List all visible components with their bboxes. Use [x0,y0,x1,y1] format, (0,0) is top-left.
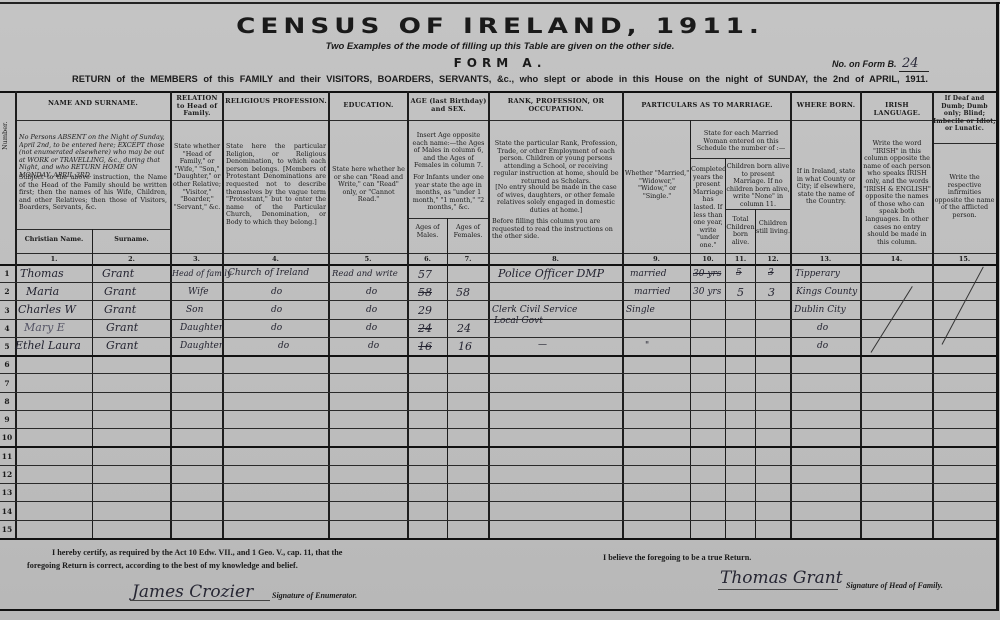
marriage-status-instruction: Whether "Married," "Widower," "Widow," o… [624,170,690,200]
education-cell: Read and write [332,269,398,279]
form-subtitle: Two Examples of the mode of filling up t… [0,41,1000,52]
census-form-sheet: CENSUS OF IRELAND, 1911. Two Examples of… [0,0,1000,620]
marriage-cell: married [630,269,666,279]
col-num-1: 1. [16,255,92,263]
religion-cell: do [278,341,289,351]
col-num-3: 3. [171,255,222,263]
years-married-cell: 30 yrs [693,287,721,297]
christian-name-header: Christian Name. [16,236,92,244]
marriage-cell: " [645,341,649,351]
row-number: 7 [1,379,13,388]
enumerator-signature: James Crozier [132,582,253,602]
row-rule [0,483,996,484]
col-divider [932,91,934,539]
head-certification: I believe the foregoing to be a true Ret… [603,551,751,564]
row-number: 13 [1,488,13,497]
relation-cell: Wife [188,287,209,297]
age-male-cell: 16 [418,340,432,353]
christian-name-cell: Thomas [20,267,64,280]
surname-cell: Grant [104,285,136,298]
enumerator-signature-label: Signature of Enumerator. [272,591,357,600]
married-woman-instruction: State for each Married Woman entered on … [692,130,790,153]
row-rule [0,410,996,411]
row-number: 10 [1,433,13,442]
religion-instruction: State here the particular Religion, or R… [226,143,326,227]
number-column-label: Number. [1,121,9,150]
row-number: 15 [1,525,13,534]
row-number: 5 [1,342,13,351]
relation-cell: Daughter [180,323,223,333]
name-instruction-order: Subject to the above instruction, the Na… [19,174,167,212]
years-married-cell: 30 yrs [693,269,721,279]
age-female-cell: 16 [458,340,472,353]
where-born-cell: do [817,341,828,351]
row-number: 9 [1,415,13,424]
row-rule [0,337,996,338]
age-male-cell: 29 [418,304,432,317]
christian-name-cell: Charles W [18,303,76,316]
christian-name-cell: Ethel Laura [15,339,81,352]
relation-instruction: State whether "Head of Family," or "Wife… [172,143,222,211]
row-number: 4 [1,324,13,333]
col-divider [222,91,224,539]
bottom-border [0,609,999,611]
infirmity-instruction: Write the respective infirmities opposit… [934,174,995,220]
religion-cell: do [271,305,282,315]
head-signature: Thomas Grant [720,568,843,588]
infirmity-header: If Deaf and Dumb; Dumb only; Blind; Imbe… [933,95,996,133]
age-male-cell: 24 [418,322,432,335]
irish-language-instruction: Write the word "IRISH" in this column op… [863,140,931,246]
education-cell: do [366,287,377,297]
age-header: AGE (last Birthday) and SEX. [409,98,488,113]
marriage-subhead-rule [690,158,790,159]
body-top-rule [0,264,996,266]
row-rule [0,465,996,466]
col-num-10: 10. [691,255,725,263]
row-number: 3 [1,306,13,315]
occupation-cell: Clerk Civil Service [492,305,577,315]
christian-name-cell: Maria [26,285,59,298]
row-rule [0,501,996,502]
colnum-top-rule [15,253,996,254]
total-children-header: Total Children born alive. [726,216,755,246]
row-rule [0,392,996,393]
occupation-header: RANK, PROFESSION, OR OCCUPATION. [490,98,622,113]
row-rule [0,428,996,429]
surname-cell: Grant [104,303,136,316]
ages-of-females-header: Ages of Females. [448,224,488,239]
row-rule [0,373,996,374]
age-instruction: Insert Age opposite each name:—the Ages … [410,132,487,170]
infant-instruction: For Infants under one year state the age… [410,174,487,212]
row-number: 1 [1,269,13,278]
children-living-cell: 3 [768,268,774,278]
deaf-subhead-rule [932,143,996,144]
col-num-13: 13. [791,255,860,263]
row-rule [0,282,996,283]
marriage-cell: Single [626,305,655,315]
col-num-2: 2. [93,255,170,263]
name-instruction-absent: No Persons ABSENT on the Night of Sunday… [19,134,167,180]
age-female-cell: 58 [456,286,470,299]
marriage-header: PARTICULARS AS TO MARRIAGE. [624,102,790,110]
row-rule-group [0,446,996,448]
col-num-15: 15. [933,255,996,263]
religion-cell: Church of Ireland [228,268,309,278]
enumerator-certification: I hereby certify, as required by the Act… [27,546,377,572]
row-rule [0,300,996,301]
completed-years-header: Completed years the present Marriage has… [691,166,725,250]
where-born-instruction: If in Ireland, state in what County or C… [793,168,859,206]
total-children-cell: 5 [737,286,744,299]
col-divider [328,91,330,539]
table-bottom-rule [0,538,996,540]
col-num-6: 6. [408,255,447,263]
col-num-14: 14. [861,255,932,263]
education-cell: do [368,341,379,351]
col-divider [92,229,93,539]
col-divider [407,91,409,539]
children-living-cell: 3 [768,286,775,299]
row-number: 2 [1,287,13,296]
relation-header: RELATION to Head of Family. [172,95,222,118]
children-subhead-rule [725,209,790,210]
col-divider [860,91,862,539]
form-b-value: 24 [899,56,929,72]
age-male-cell: 57 [418,268,432,281]
education-cell: do [366,323,377,333]
head-signature-label: Signature of Head of Family. [846,581,943,590]
irish-language-header: IRISH LANGUAGE. [862,102,932,117]
where-born-cell: Dublin City [794,305,846,315]
col-num-11: 11. [726,255,755,263]
religion-cell: do [271,287,282,297]
row-number: 11 [1,452,13,461]
row-number: 14 [1,507,13,516]
education-instruction: State here whether he or she can "Read a… [332,166,405,204]
col-divider [15,91,17,539]
occupation-instruction: State the particular Rank, Profession, T… [492,140,620,186]
surname-cell: Grant [102,267,134,280]
occupation-cell: Local Govt [494,316,543,326]
where-born-cell: Kings County [796,287,857,297]
where-born-cell: do [817,323,828,333]
total-children-cell: 5 [736,268,742,278]
col-num-9: 9. [623,255,690,263]
head-signature-line [718,589,838,590]
col-divider [622,91,624,539]
return-line: RETURN of the MEMBERS of this FAMILY and… [0,74,1000,84]
where-born-cell: Tipperary [795,269,840,279]
row-number: 8 [1,397,13,406]
children-living-header: Children still living. [756,220,790,235]
row-rule [0,520,996,521]
education-cell: do [366,305,377,315]
relation-cell: Head of family [172,269,231,278]
name-header: NAME AND SURNAME. [16,100,170,108]
col-divider [447,218,448,539]
marriage-cell: married [634,287,670,297]
col-num-8: 8. [489,255,622,263]
enumerator-signature-line [130,600,270,601]
col-num-4: 4. [223,255,328,263]
religion-header: RELIGIOUS PROFESSION. [224,98,328,106]
surname-cell: Grant [106,339,138,352]
col-num-12: 12. [756,255,790,263]
education-header: EDUCATION. [330,102,407,110]
table-top-rule [0,91,996,93]
ages-of-males-header: Ages of Males. [408,224,447,239]
religion-cell: do [271,323,282,333]
col-num-5: 5. [329,255,407,263]
relation-cell: Daughter [180,341,223,351]
header-title-rule [15,120,996,121]
christian-name-cell: Mary E [24,321,65,334]
form-title: CENSUS OF IRELAND, 1911. [0,14,1000,38]
age-male-cell: 58 [418,286,432,299]
children-born-header: Children born alive to present Marriage.… [726,163,790,209]
relation-cell: Son [186,305,203,315]
occupation-note: [No entry should be made in the case of … [492,184,620,214]
row-rule-group [0,355,996,357]
occupation-see-instructions: Before filling this column you are reque… [492,218,620,241]
where-born-header: WHERE BORN. [792,102,860,110]
surname-header: Surname. [93,236,170,244]
surname-cell: Grant [106,321,138,334]
right-border [996,2,999,610]
blank-stroke-col15 [942,267,984,345]
col-num-7: 7. [448,255,488,263]
form-b-label: No. on Form B. [832,59,897,69]
row-number: 6 [1,360,13,369]
age-female-cell: 24 [457,322,471,335]
occupation-cell: — [538,340,547,350]
occupation-cell: Police Officer DMP [498,267,604,280]
col-divider [790,91,792,539]
col-divider [488,91,490,539]
row-number: 12 [1,470,13,479]
top-border [0,2,1000,4]
form-b-number: No. on Form B. 24 [832,56,929,71]
